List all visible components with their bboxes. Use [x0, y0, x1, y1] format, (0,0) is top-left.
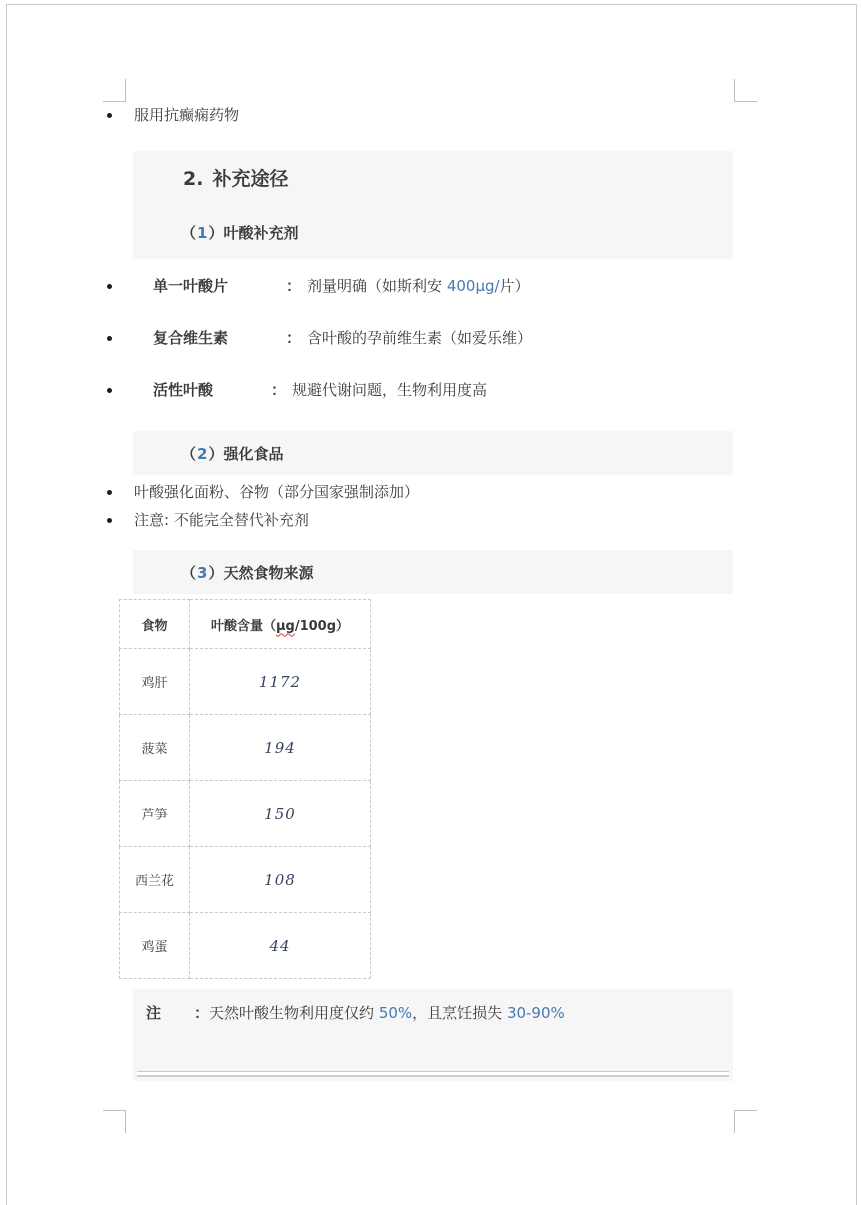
- heading-title: 补充途径: [212, 168, 288, 190]
- supplement-term: 复合维生素: [153, 327, 228, 350]
- desc-text: 片）: [500, 277, 530, 295]
- paren-open: （: [181, 445, 196, 463]
- note-band: 注：天然叶酸生物利用度仅约 50%，且烹饪损失 30-90%: [133, 989, 733, 1081]
- folate-value-cell: 44: [190, 913, 371, 979]
- subsection-number: 1: [196, 224, 208, 242]
- heading-band-fortified: （2）强化食品: [133, 431, 733, 475]
- bullet-dot-icon: [107, 336, 112, 341]
- subsection-title: 天然食物来源: [223, 564, 313, 582]
- list-item: 注意: 不能完全替代补充剂: [107, 509, 419, 537]
- list-item: 服用抗癫痫药物: [107, 104, 239, 127]
- fortified-bullet-list: 叶酸强化面粉、谷物（部分国家强制添加） 注意: 不能完全替代补充剂: [107, 481, 419, 537]
- table-row: 菠菜 194: [120, 715, 371, 781]
- intro-bullet-text: 服用抗癫痫药物: [134, 104, 239, 127]
- folate-value: 194: [264, 739, 296, 757]
- list-item: 复合维生素 ： 含叶酸的孕前维生素（如爱乐维）: [107, 327, 532, 379]
- bullet-dot-icon: [107, 113, 112, 118]
- margin-corner-mark-top-left: [103, 79, 126, 102]
- margin-corner-mark-bottom-right: [734, 1110, 757, 1133]
- supplement-bullet-list: 单一叶酸片 ： 剂量明确（如斯利安 400μg/片） 复合维生素 ： 含叶酸的孕…: [107, 275, 532, 431]
- folate-content-table: 食物 叶酸含量（μg/100g） 鸡肝 1172 菠菜 194 芦笋 150 西…: [119, 599, 371, 979]
- folate-value: 1172: [259, 673, 301, 691]
- supplement-term: 活性叶酸: [153, 379, 213, 402]
- subsection-number: 3: [196, 564, 208, 582]
- supplement-desc: 规避代谢问题，生物利用度高: [292, 379, 487, 402]
- table-row: 芦笋 150: [120, 781, 371, 847]
- supplement-term: 单一叶酸片: [153, 275, 228, 298]
- note-percent-1: 50%: [379, 1004, 412, 1022]
- note-body: ，且烹饪损失: [412, 1004, 507, 1022]
- term-colon: ：: [271, 379, 286, 402]
- food-name-cell: 菠菜: [120, 715, 190, 781]
- term-colon: ：: [286, 327, 301, 350]
- note-percent-2: 30-90%: [507, 1004, 565, 1022]
- document-page[interactable]: 服用抗癫痫药物 2.补充途径 （1）叶酸补充剂 单一叶酸片 ： 剂量明确（如斯利…: [6, 4, 857, 1205]
- folate-value: 44: [269, 937, 290, 955]
- folate-value-cell: 150: [190, 781, 371, 847]
- folate-value: 108: [264, 871, 296, 889]
- header-unit-misspelled: μg: [276, 619, 295, 634]
- table-row: 鸡肝 1172: [120, 649, 371, 715]
- fortified-bullet-text: 叶酸强化面粉、谷物（部分国家强制添加）: [134, 481, 419, 503]
- folate-value-cell: 108: [190, 847, 371, 913]
- note-text: 注：天然叶酸生物利用度仅约 50%，且烹饪损失 30-90%: [146, 1002, 565, 1023]
- subsection-title: 叶酸补充剂: [223, 224, 298, 242]
- paren-close: ）: [208, 445, 223, 463]
- table-row: 西兰花 108: [120, 847, 371, 913]
- subsection-heading-3: （3）天然食物来源: [181, 562, 313, 583]
- heading-band-section2: 2.补充途径 （1）叶酸补充剂: [133, 151, 733, 259]
- food-name-cell: 西兰花: [120, 847, 190, 913]
- term-colon: ：: [286, 275, 301, 298]
- heading-number: 2.: [183, 168, 203, 190]
- desc-text: 剂量明确（如斯利安: [307, 277, 447, 295]
- note-label: 注: [146, 1004, 161, 1022]
- header-text: 叶酸含量（: [211, 619, 276, 634]
- desc-text: 规避代谢问题，生物利用度高: [292, 381, 487, 399]
- folate-value-cell: 194: [190, 715, 371, 781]
- food-name-cell: 鸡蛋: [120, 913, 190, 979]
- margin-corner-mark-bottom-left: [103, 1110, 126, 1133]
- intro-bullet-list: 服用抗癫痫药物: [107, 104, 239, 127]
- food-name-cell: 芦笋: [120, 781, 190, 847]
- bullet-dot-icon: [107, 490, 112, 495]
- supplement-desc: 含叶酸的孕前维生素（如爱乐维）: [307, 327, 532, 350]
- list-item: 叶酸强化面粉、谷物（部分国家强制添加）: [107, 481, 419, 509]
- subsection-heading-2: （2）强化食品: [181, 443, 283, 464]
- food-name-cell: 鸡肝: [120, 649, 190, 715]
- bullet-dot-icon: [107, 388, 112, 393]
- paren-close: ）: [208, 564, 223, 582]
- paren-open: （: [181, 224, 196, 242]
- paren-open: （: [181, 564, 196, 582]
- folate-value: 150: [264, 805, 296, 823]
- table-header-row: 食物 叶酸含量（μg/100g）: [120, 600, 371, 649]
- desc-text: 含叶酸的孕前维生素（如爱乐维）: [307, 329, 532, 347]
- fortified-bullet-text: 注意: 不能完全替代补充剂: [134, 509, 309, 531]
- horizontal-rule: [137, 1071, 729, 1077]
- subsection-heading-1: （1）叶酸补充剂: [181, 222, 298, 243]
- subsection-number: 2: [196, 445, 208, 463]
- col-header-food: 食物: [120, 600, 190, 649]
- margin-corner-mark-top-right: [734, 79, 757, 102]
- desc-dose-value: 400μg/: [447, 277, 500, 295]
- header-text: /100g）: [295, 619, 349, 634]
- list-item: 单一叶酸片 ： 剂量明确（如斯利安 400μg/片）: [107, 275, 532, 327]
- col-header-folate: 叶酸含量（μg/100g）: [190, 600, 371, 649]
- list-item: 活性叶酸 ： 规避代谢问题，生物利用度高: [107, 379, 532, 431]
- bullet-dot-icon: [107, 284, 112, 289]
- note-colon: ：: [194, 1004, 209, 1022]
- note-body: 天然叶酸生物利用度仅约: [209, 1004, 379, 1022]
- paren-close: ）: [208, 224, 223, 242]
- supplement-desc: 剂量明确（如斯利安 400μg/片）: [307, 275, 530, 298]
- subsection-title: 强化食品: [223, 445, 283, 463]
- folate-value-cell: 1172: [190, 649, 371, 715]
- heading-band-natural: （3）天然食物来源: [133, 550, 733, 594]
- table-row: 鸡蛋 44: [120, 913, 371, 979]
- bullet-dot-icon: [107, 518, 112, 523]
- section-heading: 2.补充途径: [183, 164, 288, 191]
